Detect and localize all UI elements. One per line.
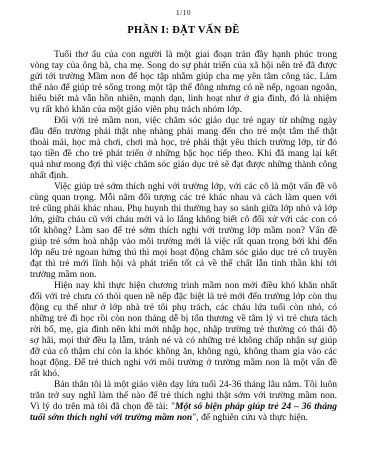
page-number: 1/10: [30, 8, 337, 17]
document-page: 1/10 PHẦN I: ĐẶT VẤN ĐỀ Tuổi thơ ấu của …: [0, 0, 366, 473]
paragraph-3: Việc giúp trẻ sớm thích nghi với trường …: [30, 182, 337, 281]
document-title: PHẦN I: ĐẶT VẤN ĐỀ: [30, 24, 337, 37]
paragraph-1: Tuổi thơ ấu của con người là một giai đo…: [30, 50, 337, 116]
paragraph-5-closing: ", để nghiên cứu và thực hiện.: [192, 413, 308, 423]
paragraph-4: Hiện nay khi thực hiện chương trình mầm …: [30, 281, 337, 380]
paragraph-5: Bản thân tôi là một giáo viên dạy lứa tu…: [30, 380, 337, 424]
document-body: Tuổi thơ ấu của con người là một giai đo…: [30, 50, 337, 424]
paragraph-2: Đối với trẻ mầm non, việc chăm sóc giáo …: [30, 116, 337, 182]
